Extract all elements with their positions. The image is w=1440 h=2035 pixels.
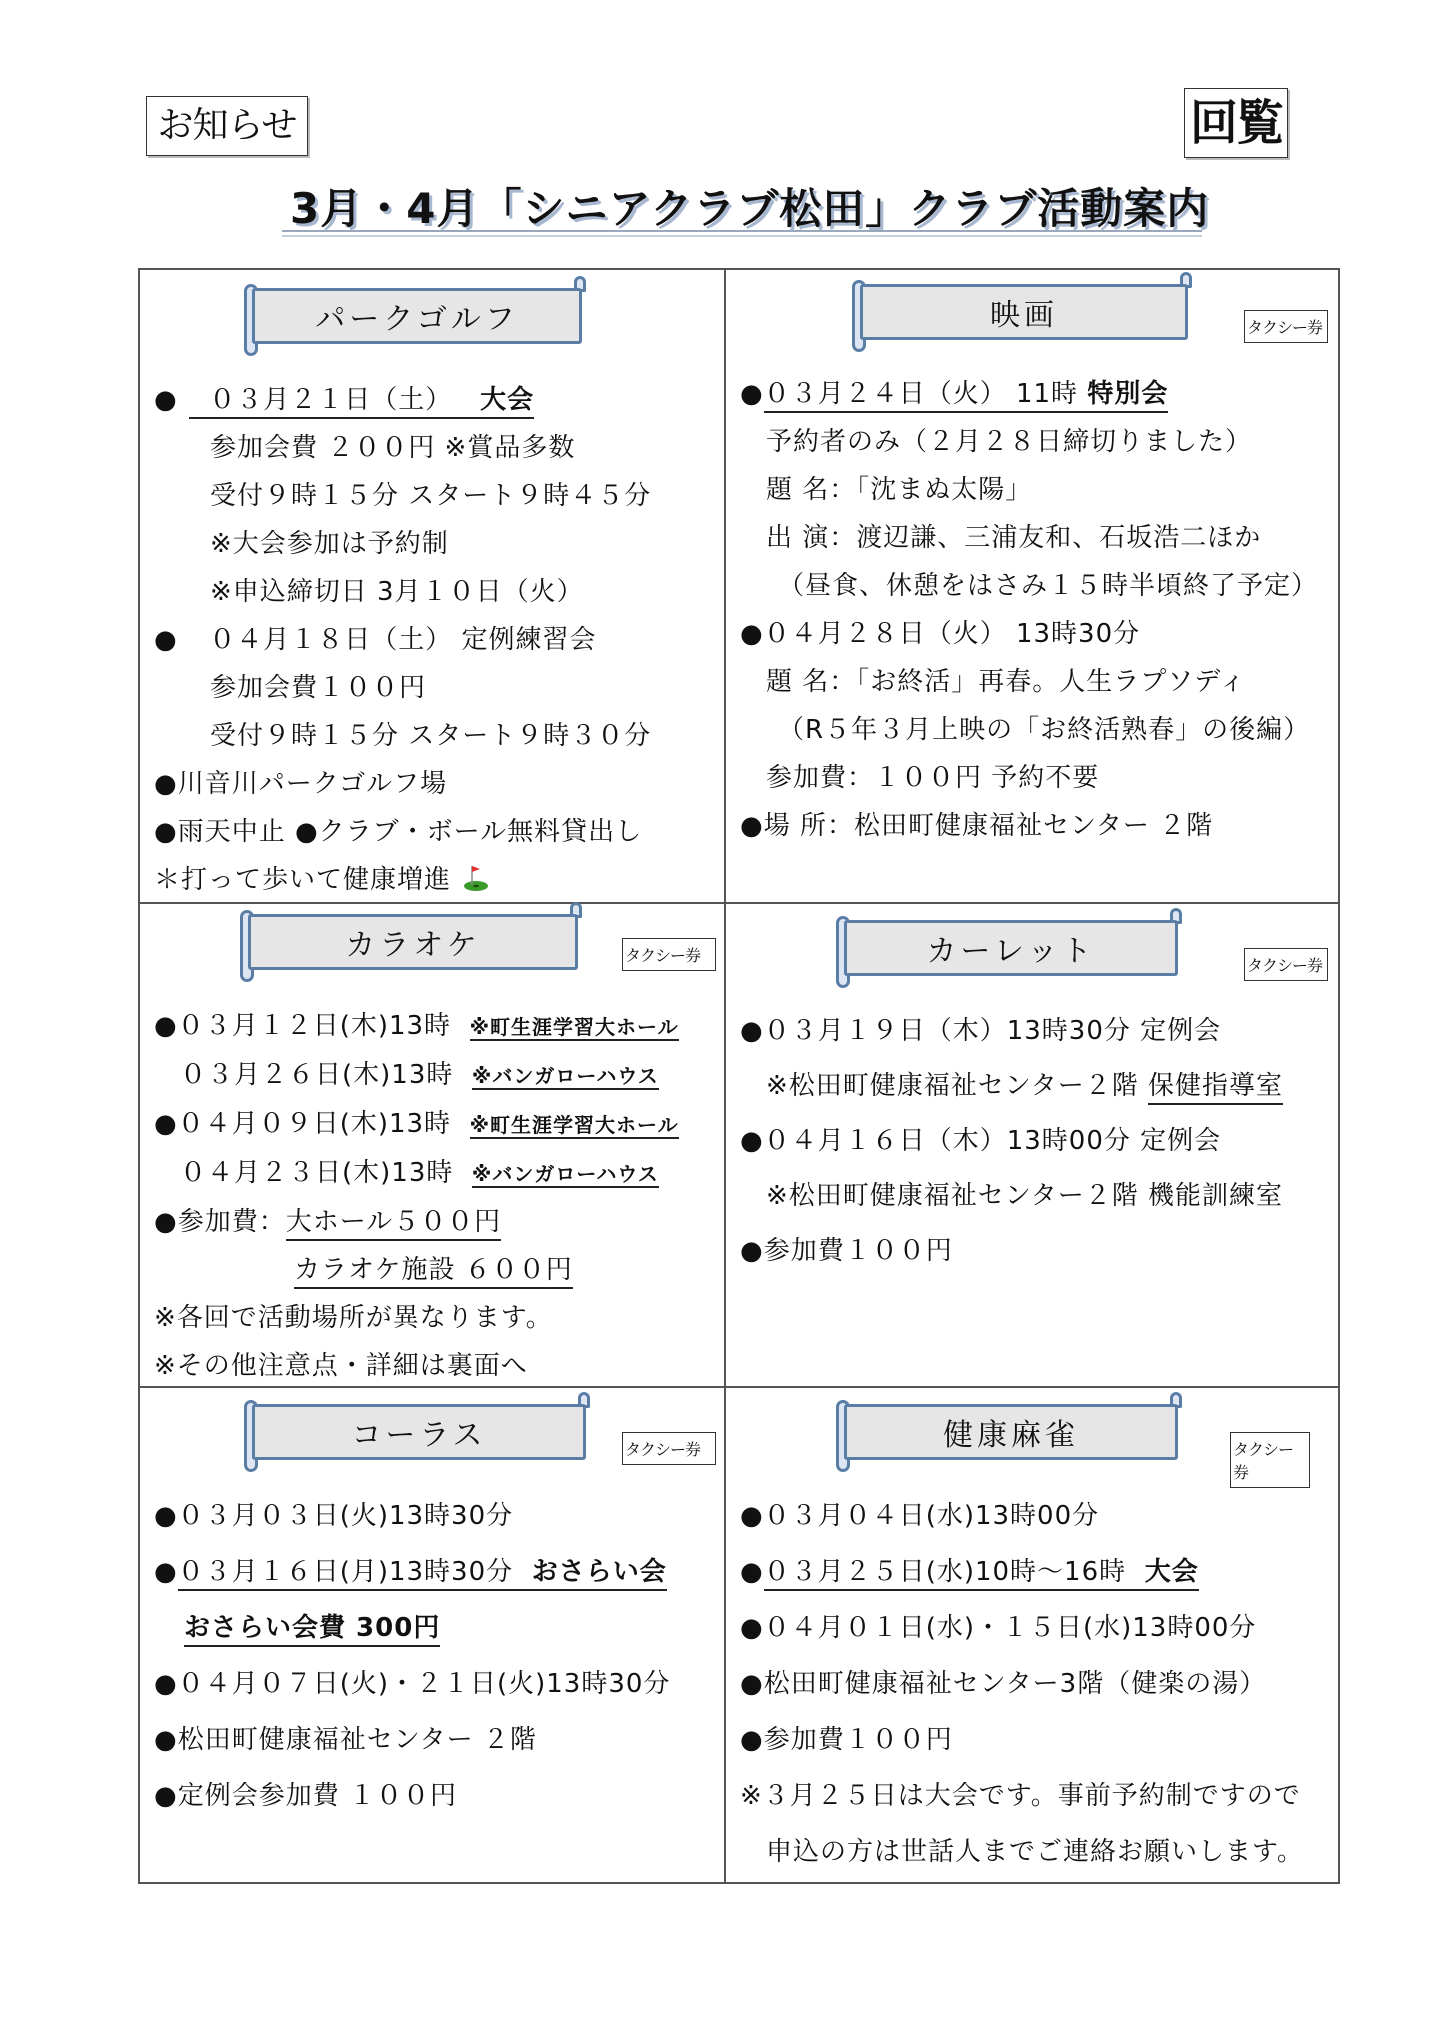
taxi-ticket-badge: タクシー券 bbox=[622, 1432, 716, 1465]
bullet-icon: ● bbox=[154, 1557, 178, 1587]
event-date: ０４月２３日(木)13時 bbox=[180, 1158, 453, 1188]
chorus-line-5: ●松田町健康福祉センター ２階 bbox=[154, 1712, 717, 1768]
park-golf-line-3: 受付９時１５分 スタート９時４５分 bbox=[154, 472, 717, 520]
curlet-line-1: ●０３月１９日（木）13時30分 定例会 bbox=[740, 1004, 1332, 1059]
karaoke-line-4: ０４月２３日(木)13時 ※バンガローハウス bbox=[154, 1149, 717, 1198]
bullet-icon: ● bbox=[154, 1781, 178, 1811]
park-golf-details: ● ０３月２１日（土） 大会 参加会費 ２００円 ※賞品多数 受付９時１５分 ス… bbox=[154, 376, 717, 904]
venue-note: ※町生涯学習大ホール bbox=[470, 1113, 679, 1139]
golf-flag-icon bbox=[460, 860, 490, 890]
movie-line-9: 参加費：１００円 予約不要 bbox=[740, 754, 1332, 802]
event-date: ０３月１９日（木）13時30分 定例会 bbox=[764, 1016, 1221, 1046]
curlet-line-5: ●参加費１００円 bbox=[740, 1224, 1332, 1279]
venue-text: 場 所：松田町健康福祉センター ２階 bbox=[764, 811, 1214, 841]
event-date: ０３月０３日(火)13時30分 bbox=[178, 1501, 513, 1531]
movie-line-7: 題 名：「お終活」再春。人生ラプソディ bbox=[740, 658, 1332, 706]
chorus-title: コーラス bbox=[252, 1404, 586, 1460]
chorus-line-1: ●０３月０３日(火)13時30分 bbox=[154, 1488, 717, 1544]
bullet-icon: ● bbox=[740, 1126, 764, 1156]
event-date: ０４月０７日(火)・２１日(火)13時30分 bbox=[178, 1669, 671, 1699]
curlet-title: カーレット bbox=[844, 920, 1178, 976]
circular-stamp: 回覧 bbox=[1184, 88, 1288, 158]
mahjong-line-3: ●０４月０１日(水)・１５日(水)13時00分 bbox=[740, 1600, 1332, 1656]
karaoke-line-1: ●０３月１２日(木)13時 ※町生涯学習大ホール bbox=[154, 1002, 717, 1051]
curlet-banner: カーレット bbox=[834, 914, 1178, 982]
bullet-icon: ● bbox=[154, 1109, 178, 1139]
movie-line-5: （昼食、休憩をはさみ１５時半頃終了予定） bbox=[740, 562, 1332, 610]
slogan-text: ＊打って歩いて健康増進 bbox=[154, 865, 451, 895]
karaoke-line-8: ※その他注意点・詳細は裏面へ bbox=[154, 1342, 717, 1390]
bullet-icon: ● bbox=[154, 1725, 178, 1755]
karaoke-title: カラオケ bbox=[248, 914, 578, 970]
karaoke-line-2: ０３月２６日(木)13時 ※バンガローハウス bbox=[154, 1051, 717, 1100]
taxi-ticket-badge: タクシー券 bbox=[1244, 310, 1328, 343]
bullet-icon: ● bbox=[740, 1725, 764, 1755]
taxi-ticket-badge: タクシー券 bbox=[1244, 948, 1328, 981]
mahjong-line-2: ●０３月２５日(水)10時〜16時 大会 bbox=[740, 1544, 1332, 1600]
event-date: ０３月１６日(月)13時30分 bbox=[178, 1557, 513, 1587]
bullet-icon: ● bbox=[154, 1207, 178, 1237]
curlet-line-2: ※松田町健康福祉センター２階 保健指導室 bbox=[740, 1059, 1332, 1114]
movie-line-8: （R５年３月上映の「お終活熟春」の後編） bbox=[740, 706, 1332, 754]
event-date: ０４月０９日(木)13時 bbox=[178, 1109, 451, 1139]
park-golf-line-1: ● ０３月２１日（土） 大会 bbox=[154, 376, 717, 424]
mahjong-line-5: ●参加費１００円 bbox=[740, 1712, 1332, 1768]
karaoke-banner: カラオケ bbox=[238, 908, 578, 976]
notice-label: お知らせ bbox=[146, 96, 308, 156]
chorus-line-6: ●定例会参加費 １００円 bbox=[154, 1768, 717, 1824]
event-type: 大会 bbox=[480, 385, 534, 415]
bullet-icon: ● bbox=[154, 817, 178, 847]
park-golf-line-4: ※大会参加は予約制 bbox=[154, 520, 717, 568]
fee-text: 参加費１００円 bbox=[764, 1725, 953, 1755]
mahjong-banner: 健康麻雀 bbox=[834, 1398, 1178, 1466]
event-date: ０３月０４日(水)13時00分 bbox=[764, 1501, 1099, 1531]
fee-text: 定例会参加費 １００円 bbox=[178, 1781, 457, 1811]
event-date: ０４月２８日（火） 13時30分 bbox=[764, 619, 1140, 649]
section-health-mahjong: 健康麻雀 タクシー券 ●０３月０４日(水)13時00分 ●０３月２５日(水)10… bbox=[726, 1388, 1340, 1884]
fee-label: 参加費： bbox=[178, 1207, 286, 1237]
movie-line-3: 題 名：「沈まぬ太陽」 bbox=[740, 466, 1332, 514]
venue-note: ※バンガローハウス bbox=[472, 1162, 659, 1188]
fee-karaoke-facility: カラオケ施設 ６００円 bbox=[294, 1255, 573, 1289]
bullet-icon: ● bbox=[740, 1016, 764, 1046]
movie-line-10: ●場 所：松田町健康福祉センター ２階 bbox=[740, 802, 1332, 850]
movie-banner: 映画 bbox=[850, 278, 1188, 346]
mahjong-line-6: ※３月２５日は大会です。事前予約制ですので bbox=[740, 1768, 1332, 1824]
section-park-golf: パークゴルフ ● ０３月２１日（土） 大会 参加会費 ２００円 ※賞品多数 受付… bbox=[140, 270, 725, 902]
event-date: ０３月２４日（火） 11時 bbox=[764, 379, 1078, 409]
section-chorus: コーラス タクシー券 ●０３月０３日(火)13時30分 ●０３月１６日(月)13… bbox=[140, 1388, 725, 1884]
karaoke-line-7: ※各回で活動場所が異なります。 bbox=[154, 1294, 717, 1342]
event-type: 大会 bbox=[1145, 1557, 1199, 1587]
mahjong-title: 健康麻雀 bbox=[844, 1404, 1178, 1460]
bullet-icon: ● bbox=[740, 1236, 764, 1266]
taxi-ticket-badge: タクシー券 bbox=[622, 938, 716, 971]
bullet-icon: ● bbox=[154, 1501, 178, 1531]
bullet-icon: ● bbox=[740, 811, 764, 841]
review-fee: おさらい会費 300円 bbox=[184, 1613, 440, 1647]
park-golf-line-2: 参加会費 ２００円 ※賞品多数 bbox=[154, 424, 717, 472]
movie-line-4: 出 演：渡辺謙、三浦友和、石坂浩二ほか bbox=[740, 514, 1332, 562]
park-golf-line-10: ●雨天中止 ●クラブ・ボール無料貸出し bbox=[154, 808, 717, 856]
event-date: ０３月２６日(木)13時 bbox=[180, 1060, 453, 1090]
bullet-icon: ● bbox=[154, 616, 180, 664]
event-date: ０４月１８日（土） 定例練習会 bbox=[189, 625, 596, 655]
mahjong-line-7: 申込の方は世話人までご連絡お願いします。 bbox=[740, 1824, 1332, 1880]
bullet-icon: ● bbox=[740, 1613, 764, 1643]
event-date: ０４月１６日（木）13時00分 定例会 bbox=[764, 1126, 1221, 1156]
bullet-icon: ● bbox=[740, 1669, 764, 1699]
curlet-details: ●０３月１９日（木）13時30分 定例会 ※松田町健康福祉センター２階 保健指導… bbox=[740, 1004, 1332, 1279]
park-golf-line-5: ※申込締切日 3月１０日（火） bbox=[154, 568, 717, 616]
movie-line-1: ●０３月２４日（火） 11時 特別会 bbox=[740, 370, 1332, 418]
notes-text: 雨天中止 ●クラブ・ボール無料貸出し bbox=[178, 817, 642, 847]
venue-text: 松田町健康福祉センター ２階 bbox=[178, 1725, 537, 1755]
curlet-line-3: ●０４月１６日（木）13時00分 定例会 bbox=[740, 1114, 1332, 1169]
curlet-line-4: ※松田町健康福祉センター２階 機能訓練室 bbox=[740, 1169, 1332, 1224]
park-golf-banner: パークゴルフ bbox=[242, 282, 582, 350]
chorus-banner: コーラス bbox=[242, 1398, 586, 1466]
bullet-icon: ● bbox=[740, 1501, 764, 1531]
mahjong-details: ●０３月０４日(水)13時00分 ●０３月２５日(水)10時〜16時 大会 ●０… bbox=[740, 1488, 1332, 1880]
venue-text: 川音川パークゴルフ場 bbox=[178, 769, 447, 799]
title-underline bbox=[282, 230, 1202, 237]
chorus-details: ●０３月０３日(火)13時30分 ●０３月１６日(月)13時30分 おさらい会 … bbox=[154, 1488, 717, 1824]
chorus-line-3: おさらい会費 300円 bbox=[154, 1600, 717, 1656]
karaoke-line-5: ●参加費：大ホール５００円 bbox=[154, 1198, 717, 1246]
bullet-icon: ● bbox=[740, 1557, 764, 1587]
bullet-icon: ● bbox=[154, 769, 178, 799]
park-golf-line-11: ＊打って歩いて健康増進 bbox=[154, 856, 717, 904]
bullet-icon: ● bbox=[154, 1669, 178, 1699]
event-date: ０３月２５日(水)10時〜16時 bbox=[764, 1557, 1126, 1587]
bullet-icon: ● bbox=[154, 376, 180, 424]
karaoke-details: ●０３月１２日(木)13時 ※町生涯学習大ホール ０３月２６日(木)13時 ※バ… bbox=[154, 1002, 717, 1390]
event-date: ０３月２１日（土） bbox=[209, 385, 452, 415]
park-golf-line-8: 受付９時１５分 スタート９時３０分 bbox=[154, 712, 717, 760]
movie-title: 映画 bbox=[860, 284, 1188, 340]
taxi-ticket-badge: タクシー券 bbox=[1230, 1432, 1310, 1488]
event-date: ０３月１２日(木)13時 bbox=[178, 1011, 451, 1041]
venue-note: ※町生涯学習大ホール bbox=[470, 1015, 679, 1041]
section-curlet: カーレット タクシー券 ●０３月１９日（木）13時30分 定例会 ※松田町健康福… bbox=[726, 904, 1340, 1386]
event-date: ０４月０１日(水)・１５日(水)13時00分 bbox=[764, 1613, 1257, 1643]
venue-note: ※バンガローハウス bbox=[472, 1064, 659, 1090]
section-karaoke: カラオケ タクシー券 ●０３月１２日(木)13時 ※町生涯学習大ホール ０３月２… bbox=[140, 904, 725, 1386]
bullet-icon: ● bbox=[740, 619, 764, 649]
chorus-line-2: ●０３月１６日(月)13時30分 おさらい会 bbox=[154, 1544, 717, 1600]
mahjong-line-4: ●松田町健康福祉センター3階（健楽の湯） bbox=[740, 1656, 1332, 1712]
park-golf-title: パークゴルフ bbox=[252, 288, 582, 344]
venue-text: ※松田町健康福祉センター２階 bbox=[766, 1071, 1139, 1101]
movie-line-6: ●０４月２８日（火） 13時30分 bbox=[740, 610, 1332, 658]
movie-line-2: 予約者のみ（２月２８日締切りました） bbox=[740, 418, 1332, 466]
room-name: 保健指導室 bbox=[1148, 1071, 1283, 1105]
bullet-icon: ● bbox=[740, 379, 764, 409]
fee-text: 参加費１００円 bbox=[764, 1236, 953, 1266]
venue-text: 松田町健康福祉センター3階（健楽の湯） bbox=[764, 1669, 1267, 1699]
event-type: 特別会 bbox=[1087, 379, 1168, 409]
park-golf-line-6: ● ０４月１８日（土） 定例練習会 bbox=[154, 616, 717, 664]
movie-details: ●０３月２４日（火） 11時 特別会 予約者のみ（２月２８日締切りました） 題 … bbox=[740, 370, 1332, 850]
activity-grid: パークゴルフ ● ０３月２１日（土） 大会 参加会費 ２００円 ※賞品多数 受付… bbox=[138, 268, 1340, 1884]
bullet-icon: ● bbox=[154, 1011, 178, 1041]
chorus-line-4: ●０４月０７日(火)・２１日(火)13時30分 bbox=[154, 1656, 717, 1712]
section-movie: 映画 タクシー券 ●０３月２４日（火） 11時 特別会 予約者のみ（２月２８日締… bbox=[726, 270, 1340, 902]
park-golf-line-9: ●川音川パークゴルフ場 bbox=[154, 760, 717, 808]
park-golf-line-7: 参加会費１００円 bbox=[154, 664, 717, 712]
karaoke-line-6: カラオケ施設 ６００円 bbox=[154, 1246, 717, 1294]
mahjong-line-1: ●０３月０４日(水)13時00分 bbox=[740, 1488, 1332, 1544]
fee-hall: 大ホール５００円 bbox=[286, 1207, 501, 1241]
page-title: 3月・4月「シニアクラブ松田」クラブ活動案内 bbox=[290, 176, 1202, 236]
event-type: おさらい会 bbox=[532, 1557, 667, 1587]
karaoke-line-3: ●０４月０９日(木)13時 ※町生涯学習大ホール bbox=[154, 1100, 717, 1149]
